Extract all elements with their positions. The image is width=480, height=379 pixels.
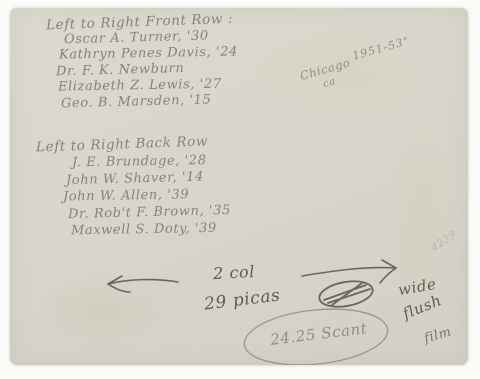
circled-measure-note: 24.25 Scant: [269, 319, 368, 349]
column-count-note: 2 col: [213, 262, 256, 283]
corner-note-circa: ca: [322, 76, 337, 90]
corner-date-note: Chicago ca 1951-53": [297, 22, 458, 121]
margin-number: 4239: [429, 229, 458, 254]
flush-second-word: film: [422, 324, 453, 346]
corner-note-years: 1951-53": [351, 34, 411, 63]
back-row-name: Maxwell S. Doty, '39: [71, 220, 231, 240]
scribble-strikeout: [317, 277, 374, 310]
width-picas-note: 29 picas: [203, 285, 281, 314]
front-row-name: Geo. B. Marsden, '15: [61, 92, 238, 113]
right-arrow: [302, 260, 396, 283]
left-arrow: [108, 276, 178, 292]
front-row-caption-list: Left to Right Front Row : Oscar A. Turne…: [46, 14, 238, 110]
photo-back-paper: Left to Right Front Row : Oscar A. Turne…: [10, 8, 468, 365]
back-row-caption-list: Left to Right Back Row J. E. Brundage, '…: [36, 136, 231, 238]
